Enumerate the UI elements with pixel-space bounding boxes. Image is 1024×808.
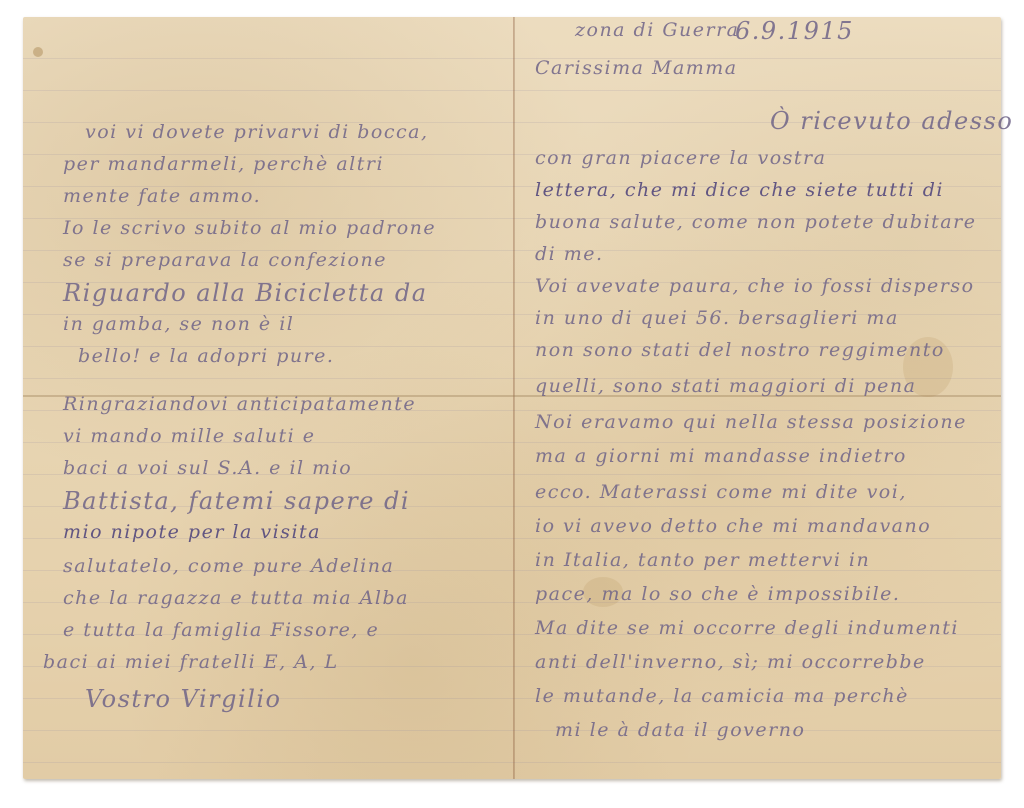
right-line-7: in uno di quei 56. bersaglieri ma: [535, 307, 899, 329]
left-line-6: Riguardo alla Bicicletta da: [63, 279, 428, 307]
right-line-5: di me.: [535, 243, 604, 265]
right-line-2: con gran piacere la vostra: [535, 147, 826, 169]
left-line-4: Io le scrivo subito al mio padrone: [63, 217, 436, 239]
right-line-15: pace, ma lo so che è impossibile.: [535, 583, 900, 605]
letter-header: zona di Guerra: [575, 19, 739, 41]
left-line-5: se si preparava la confezione: [63, 249, 387, 271]
left-line-1: voi vi dovete privarvi di bocca,: [85, 121, 428, 143]
left-line-10: vi mando mille saluti e: [63, 425, 316, 447]
right-page: zona di Guerra 6.9.1915 Carissima Mamma …: [515, 17, 1001, 779]
signature: Vostro Virgilio: [85, 685, 282, 713]
right-line-12: ecco. Materassi come mi dite voi,: [535, 481, 907, 503]
left-line-17: baci ai miei fratelli E, A, L: [43, 651, 339, 673]
salutation: Carissima Mamma: [535, 57, 738, 79]
right-line-4: buona salute, come non potete dubitare: [535, 211, 976, 233]
right-line-9: quelli, sono stati maggiori di pena: [535, 375, 916, 397]
letter-sheet: voi vi dovete privarvi di bocca, per man…: [23, 17, 1001, 779]
right-line-19: mi le à data il governo: [555, 719, 805, 741]
left-line-8: bello! e la adopri pure.: [78, 345, 334, 367]
left-line-11: baci a voi sul S.A. e il mio: [63, 457, 352, 479]
left-line-12: Battista, fatemi sapere di: [63, 487, 410, 515]
right-line-17: anti dell'inverno, sì; mi occorrebbe: [535, 651, 926, 673]
right-line-11: ma a giorni mi mandasse indietro: [535, 445, 907, 467]
left-line-16: e tutta la famiglia Fissore, e: [63, 619, 379, 641]
right-line-14: in Italia, tanto per mettervi in: [535, 549, 870, 571]
right-line-10: Noi eravamo qui nella stessa posizione: [535, 411, 967, 433]
left-line-7: in gamba, se non è il: [63, 313, 294, 335]
right-line-18: le mutande, la camicia ma perchè: [535, 685, 909, 707]
right-line-3: lettera, che mi dice che siete tutti di: [535, 179, 944, 201]
right-line-8: non sono stati del nostro reggimento: [535, 339, 945, 361]
left-line-13: mio nipote per la visita: [63, 521, 321, 543]
letter-date: 6.9.1915: [735, 17, 854, 45]
right-line-1: Ò ricevuto adesso: [770, 107, 1013, 135]
right-line-16: Ma dite se mi occorre degli indumenti: [535, 617, 959, 639]
left-line-14: salutatelo, come pure Adelina: [63, 555, 394, 577]
right-line-6: Voi avevate paura, che io fossi disperso: [535, 275, 975, 297]
left-line-3: mente fate ammo.: [63, 185, 261, 207]
left-line-15: che la ragazza e tutta mia Alba: [63, 587, 409, 609]
right-line-13: io vi avevo detto che mi mandavano: [535, 515, 931, 537]
left-line-2: per mandarmeli, perchè altri: [63, 153, 384, 175]
left-line-9: Ringraziandovi anticipatamente: [63, 393, 416, 415]
left-page: voi vi dovete privarvi di bocca, per man…: [23, 17, 513, 779]
